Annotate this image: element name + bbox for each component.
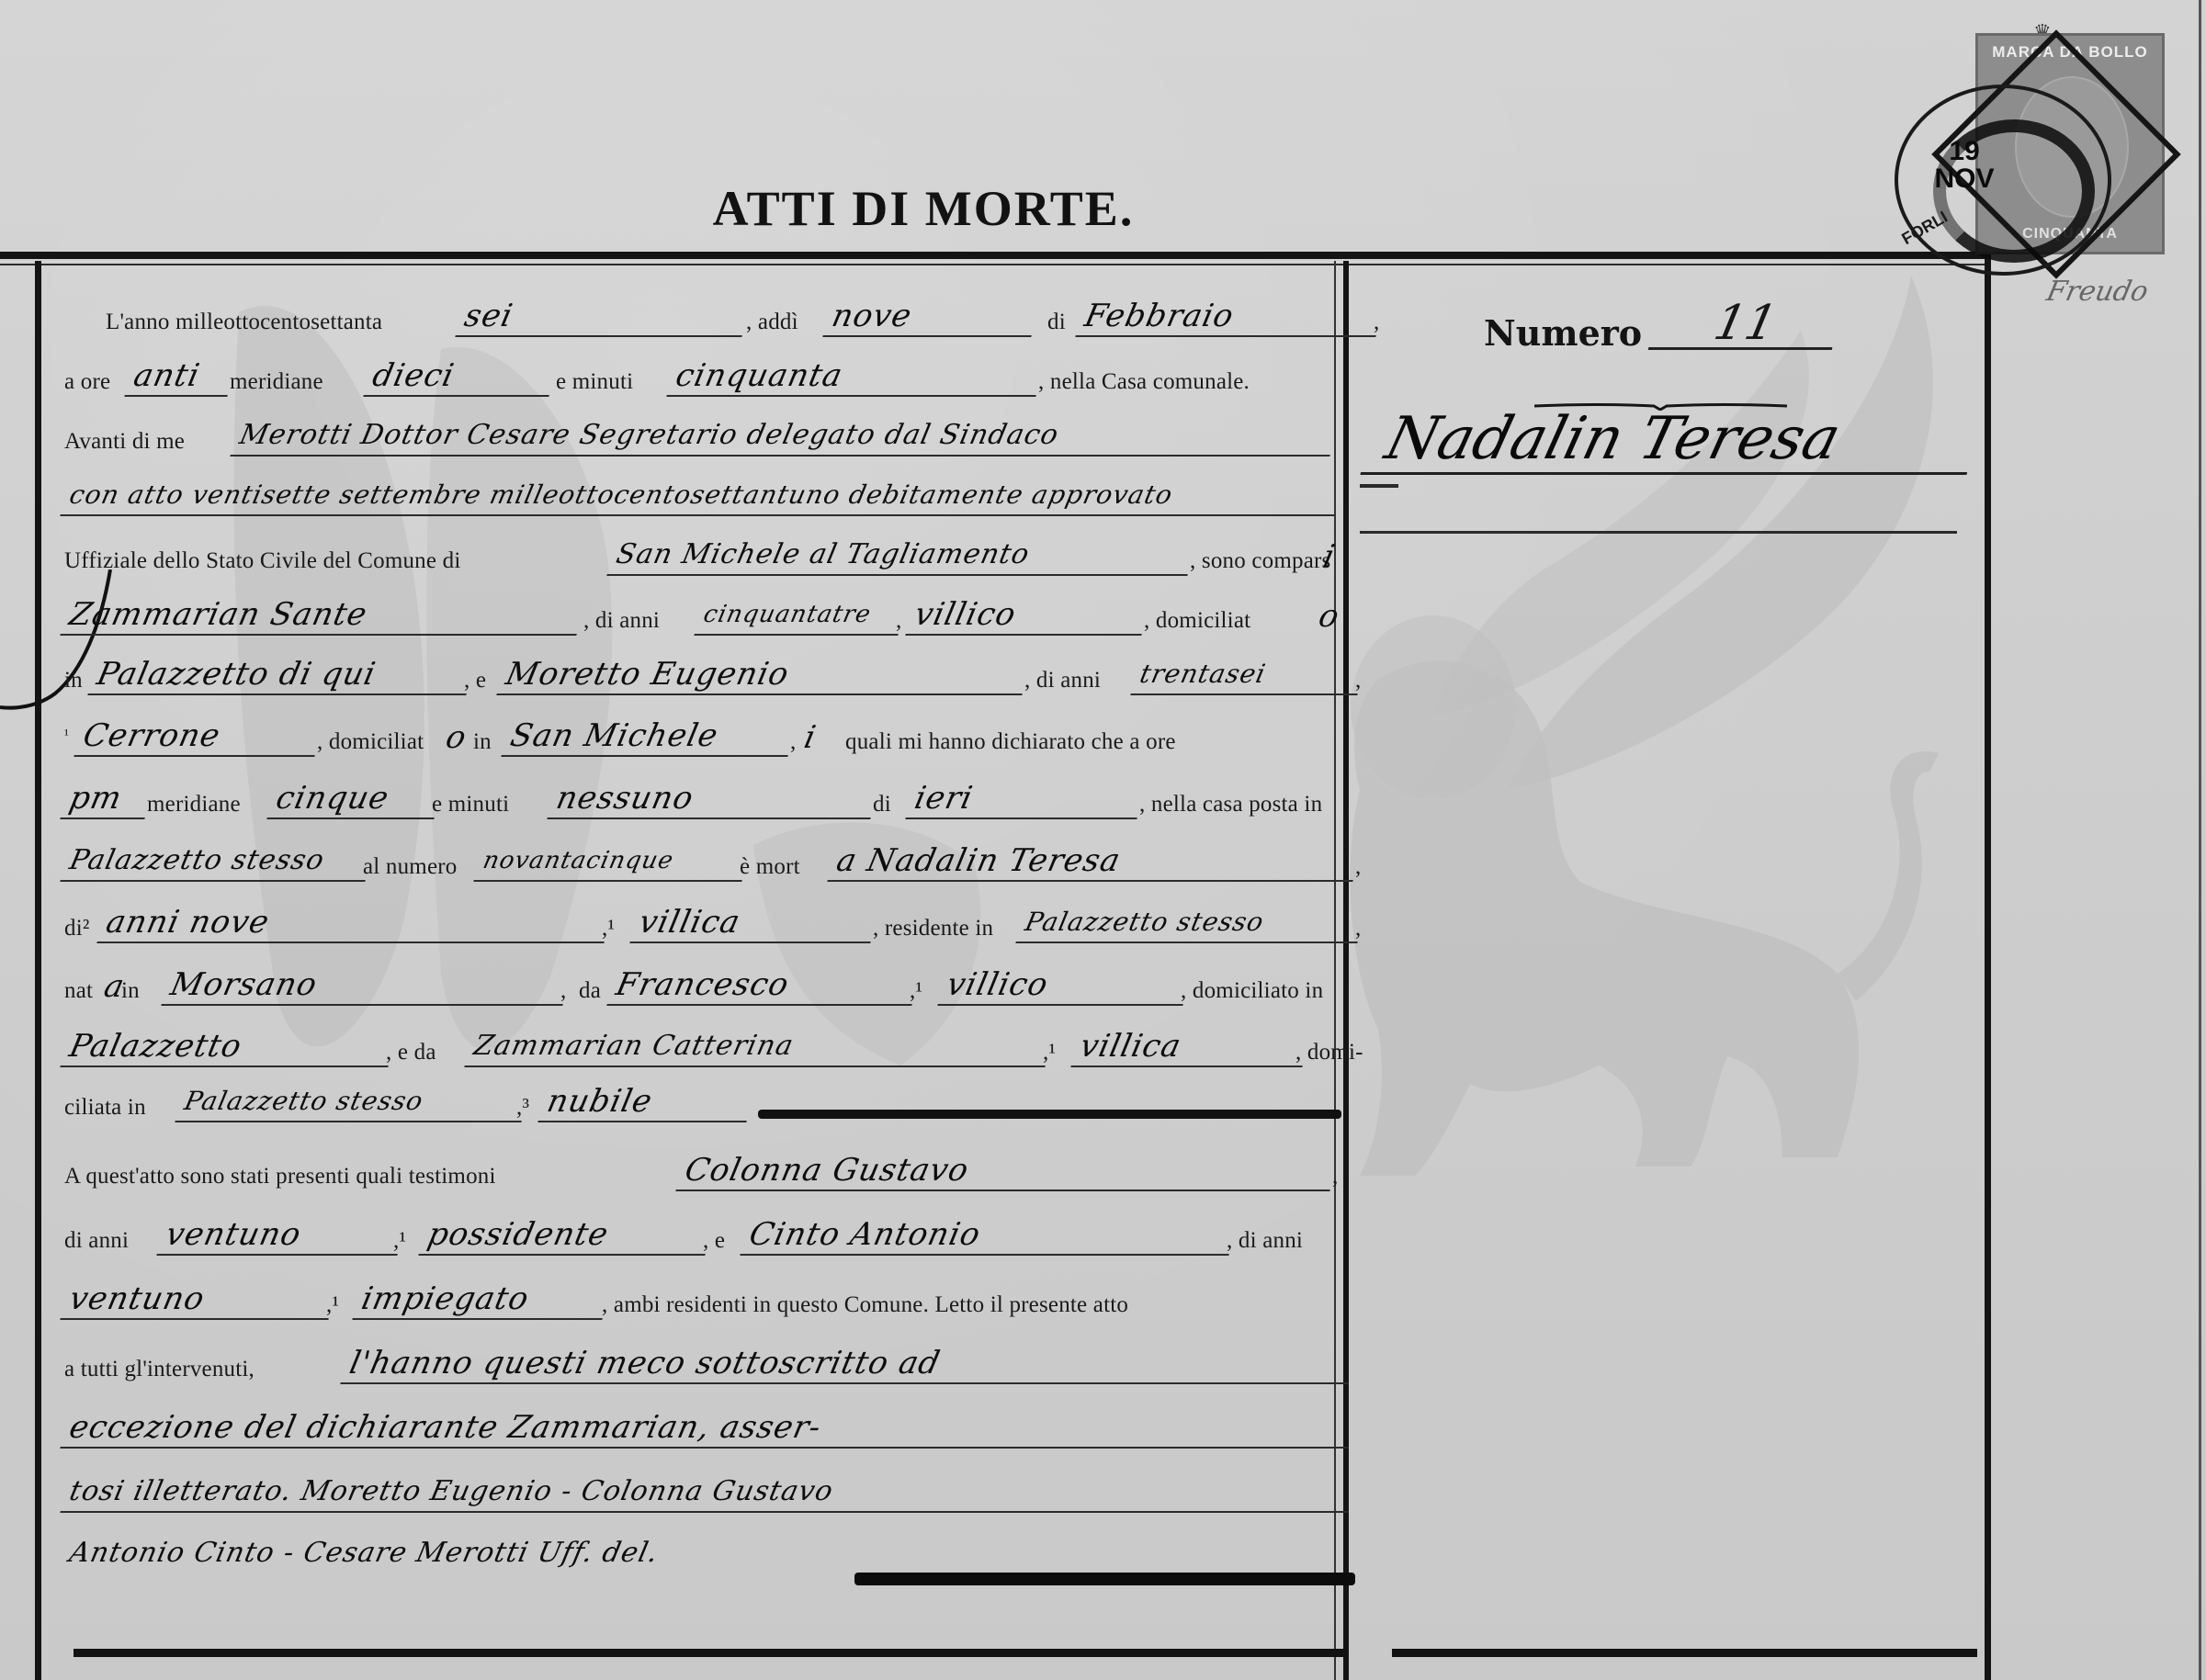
- form-line-8: ¹ Cerrone , domiciliat o in San Michele …: [64, 709, 1341, 764]
- handwritten-occupation-2: Cerrone: [74, 716, 322, 757]
- page-edge: [2199, 0, 2201, 1680]
- frame-left-border: [35, 261, 41, 1680]
- handwritten-place-of-death: Palazzetto stesso: [60, 841, 373, 882]
- handwritten-ampm: anti: [124, 356, 235, 397]
- printed-text: in: [64, 668, 83, 693]
- handwritten-residence-2: San Michele: [501, 716, 796, 757]
- printed-text: , e da: [386, 1040, 436, 1066]
- printed-text: A quest'atto sono stati presenti quali t…: [64, 1164, 496, 1190]
- handwritten-witness-1-occupation: possidente: [418, 1215, 713, 1256]
- form-line-7: in Palazzetto di qui , e Moretto Eugenio…: [64, 648, 1341, 703]
- printed-text: meridiane: [147, 792, 241, 817]
- printed-text: , sono compars: [1190, 548, 1330, 574]
- form-line-10: Palazzetto stesso al numero novantacinqu…: [64, 834, 1341, 889]
- printed-text: , di anni: [1024, 668, 1101, 693]
- handwritten-house-number: novantacinque: [473, 841, 750, 882]
- postmark-day: 19: [1928, 138, 2001, 165]
- handwritten-officer: Merotti Dottor Cesare Segretario delegat…: [230, 416, 1338, 457]
- form-line-17: ventuno ,¹ impiegato , ambi residenti in…: [64, 1272, 1341, 1327]
- handwritten-day: ieri: [905, 779, 1145, 819]
- printed-text: , e: [464, 668, 486, 693]
- printed-text: , domiciliat: [317, 729, 424, 755]
- header-rule-thin: [0, 264, 1991, 265]
- form-line-19: eccezione del dichiarante Zammarian, ass…: [64, 1401, 1341, 1456]
- printed-text: ,¹: [326, 1292, 339, 1318]
- printed-text: nat: [64, 978, 93, 1004]
- handwritten-mother-occupation: villica: [1070, 1027, 1310, 1067]
- handwritten-age-2: trentasei: [1130, 655, 1365, 695]
- handwritten-residence-1: Palazzetto di qui: [87, 655, 474, 695]
- printed-text: a ore: [64, 369, 110, 395]
- handwritten-witness-1: Colonna Gustavo: [675, 1151, 1338, 1191]
- handwritten-age-1: cinquantatre: [694, 595, 906, 636]
- printed-text: ciliata in: [64, 1095, 146, 1121]
- printed-text: ,³: [516, 1095, 529, 1121]
- handwritten-signatures: tosi illetterato. Moretto Eugenio - Colo…: [60, 1472, 1356, 1513]
- form-line-13: Palazzetto , e da Zammarian Catterina ,¹…: [64, 1020, 1341, 1075]
- fill-bar: [758, 1110, 1341, 1119]
- handwritten-marital-status: nubile: [537, 1082, 754, 1122]
- handwritten-suffix: i: [796, 718, 843, 757]
- numero-value: 11: [1648, 296, 1844, 350]
- form-line-4: con atto ventisette settembre milleottoc…: [64, 468, 1341, 524]
- handwritten-mother: Zammarian Catterina: [464, 1027, 1053, 1067]
- handwritten-delegation: con atto ventisette settembre milleottoc…: [60, 476, 1342, 516]
- form-line-16: di anni ventuno ,¹ possidente , e Cinto …: [64, 1208, 1341, 1263]
- form-line-15: A quest'atto sono stati presenti quali t…: [64, 1144, 1341, 1199]
- handwritten-suffix: o: [1310, 597, 1357, 636]
- printed-text: ,¹: [393, 1228, 406, 1254]
- printed-text: , residente in: [873, 916, 993, 941]
- handwritten-signatures: Antonio Cinto - Cesare Merotti Uff. del.: [61, 1534, 843, 1573]
- handwritten-declarant-2: Moretto Eugenio: [496, 655, 1030, 695]
- postmark-date: 19 NOV: [1928, 138, 2001, 193]
- printed-text: ,: [1355, 916, 1361, 941]
- printed-text: Avanti di me: [64, 429, 185, 455]
- form-line-1: L'anno milleottocentosettanta sei , addì…: [64, 289, 1341, 344]
- margin-note: Freudo: [2043, 276, 2151, 308]
- printed-text: , di anni: [583, 608, 660, 634]
- handwritten-mother-residence: Palazzetto stesso: [175, 1082, 529, 1122]
- handwritten-year: sei: [455, 297, 750, 337]
- printed-text: , di anni: [1227, 1228, 1303, 1254]
- printed-text: Uffiziale dello Stato Civile del Comune …: [64, 548, 460, 574]
- handwritten-day: nove: [822, 297, 1039, 337]
- printed-text: , domi-: [1295, 1040, 1363, 1066]
- bottom-rule: [1392, 1649, 1977, 1657]
- printed-text: di anni: [64, 1228, 129, 1254]
- printed-text: ,: [1374, 310, 1379, 335]
- printed-text: ,¹: [602, 916, 615, 941]
- postmark-month: NOV: [1928, 165, 2001, 193]
- printed-text: , nella casa posta in: [1139, 792, 1322, 817]
- footnote-marker: ¹: [64, 727, 69, 744]
- printed-text: di²: [64, 916, 90, 941]
- printed-text: , addì: [746, 310, 798, 335]
- handwritten-age-deceased: anni nove: [96, 903, 612, 943]
- form-line-21: Antonio Cinto - Cesare Merotti Uff. del.: [64, 1525, 1341, 1580]
- frame-divider: [1343, 261, 1349, 1680]
- form-line-12: nat a in Morsano , da Francesco ,¹ villi…: [64, 958, 1341, 1013]
- printed-text: ,: [1332, 1164, 1338, 1190]
- printed-text: ,¹: [1043, 1040, 1056, 1066]
- handwritten-birthplace: Morsano: [161, 965, 571, 1006]
- printed-text: L'anno milleottocentosettanta: [106, 310, 382, 335]
- numero-label: Numero: [1484, 312, 1642, 354]
- form-line-18: a tutti gl'intervenuti, l'hanno questi m…: [64, 1336, 1341, 1392]
- printed-text: , nella Casa comunale.: [1038, 369, 1250, 395]
- handwritten-father-occupation: villico: [937, 965, 1191, 1006]
- handwritten-witness-2-age: ventuno: [60, 1280, 336, 1320]
- printed-text: di: [873, 792, 891, 817]
- deceased-name: Nadalin Teresa: [1360, 404, 1984, 475]
- handwritten-witness-1-age: ventuno: [156, 1215, 405, 1256]
- handwritten-declarant-1: Zammarian Sante: [60, 595, 584, 636]
- handwritten-hour: cinque: [266, 779, 442, 819]
- printed-text: in: [473, 729, 492, 755]
- printed-text: ,: [560, 978, 566, 1004]
- printed-text: in: [121, 978, 140, 1004]
- form-line-11: di² anni nove ,¹ villica , residente in …: [64, 896, 1341, 951]
- printed-text: al numero: [363, 854, 457, 880]
- handwritten-minutes: nessuno: [547, 779, 878, 819]
- printed-text: è mort: [740, 854, 800, 880]
- handwritten-ampm: pm: [60, 779, 153, 819]
- form-line-3: Avanti di me Merotti Dottor Cesare Segre…: [64, 409, 1341, 464]
- right-rule-stub: [1360, 484, 1398, 488]
- printed-text: ,¹: [910, 978, 922, 1004]
- printed-text: ,: [1355, 668, 1361, 693]
- form-line-5: Uffiziale dello Stato Civile del Comune …: [64, 528, 1341, 583]
- fill-bar: [854, 1573, 1355, 1585]
- printed-text: di: [1047, 310, 1066, 335]
- form-line-6: Zammarian Sante , di anni cinquantatre ,…: [64, 588, 1341, 643]
- printed-text: , domiciliat: [1144, 608, 1250, 634]
- handwritten-month: Febbraio: [1075, 297, 1384, 337]
- handwritten-occupation-1: villico: [905, 595, 1149, 636]
- printed-text: , e: [703, 1228, 725, 1254]
- printed-text: ,: [896, 608, 901, 634]
- handwritten-occupation-deceased: villica: [629, 903, 878, 943]
- printed-text: ,: [790, 729, 796, 755]
- page-title: ATTI DI MORTE.: [0, 180, 1847, 237]
- printed-text: e minuti: [556, 369, 633, 395]
- right-rule: [1360, 531, 1957, 534]
- printed-text: meridiane: [230, 369, 323, 395]
- handwritten-suffix: i: [1315, 537, 1362, 576]
- printed-text: , domiciliato in: [1181, 978, 1323, 1004]
- handwritten-closing: eccezione del dichiarante Zammarian, ass…: [60, 1408, 1356, 1449]
- form-line-14: ciliata in Palazzetto stesso ,³ nubile: [64, 1075, 1341, 1130]
- printed-text: quali mi hanno dichiarato che a ore: [845, 729, 1176, 755]
- form-line-2: a ore anti meridiane dieci e minuti cinq…: [64, 349, 1341, 404]
- form-line-20: tosi illetterato. Moretto Eugenio - Colo…: [64, 1465, 1341, 1520]
- handwritten-father: Francesco: [606, 965, 920, 1006]
- handwritten-father-residence: Palazzetto: [60, 1027, 396, 1067]
- handwritten-comune: San Michele al Tagliamento: [606, 536, 1195, 576]
- handwritten-deceased: a Nadalin Teresa: [827, 841, 1361, 882]
- printed-text: ,: [1355, 854, 1361, 880]
- frame-right-border: [1985, 248, 1991, 1680]
- bottom-rule: [74, 1649, 1346, 1657]
- handwritten-minutes: cinquanta: [666, 356, 1044, 397]
- handwritten-hour: dieci: [363, 356, 557, 397]
- printed-text: a tutti gl'intervenuti,: [64, 1357, 255, 1382]
- form-line-9: pm meridiane cinque e minuti nessuno di …: [64, 772, 1341, 827]
- printed-text: da: [579, 978, 601, 1004]
- handwritten-residence-deceased: Palazzetto stesso: [1015, 903, 1365, 943]
- handwritten-witness-2: Cinto Antonio: [740, 1215, 1237, 1256]
- handwritten-witness-2-occupation: impiegato: [352, 1280, 610, 1320]
- header-rule: [0, 252, 1991, 259]
- printed-text: e minuti: [432, 792, 509, 817]
- printed-text: , ambi residenti in questo Comune. Letto…: [602, 1292, 1128, 1318]
- handwritten-closing: l'hanno questi meco sottoscritto ad: [340, 1344, 1356, 1384]
